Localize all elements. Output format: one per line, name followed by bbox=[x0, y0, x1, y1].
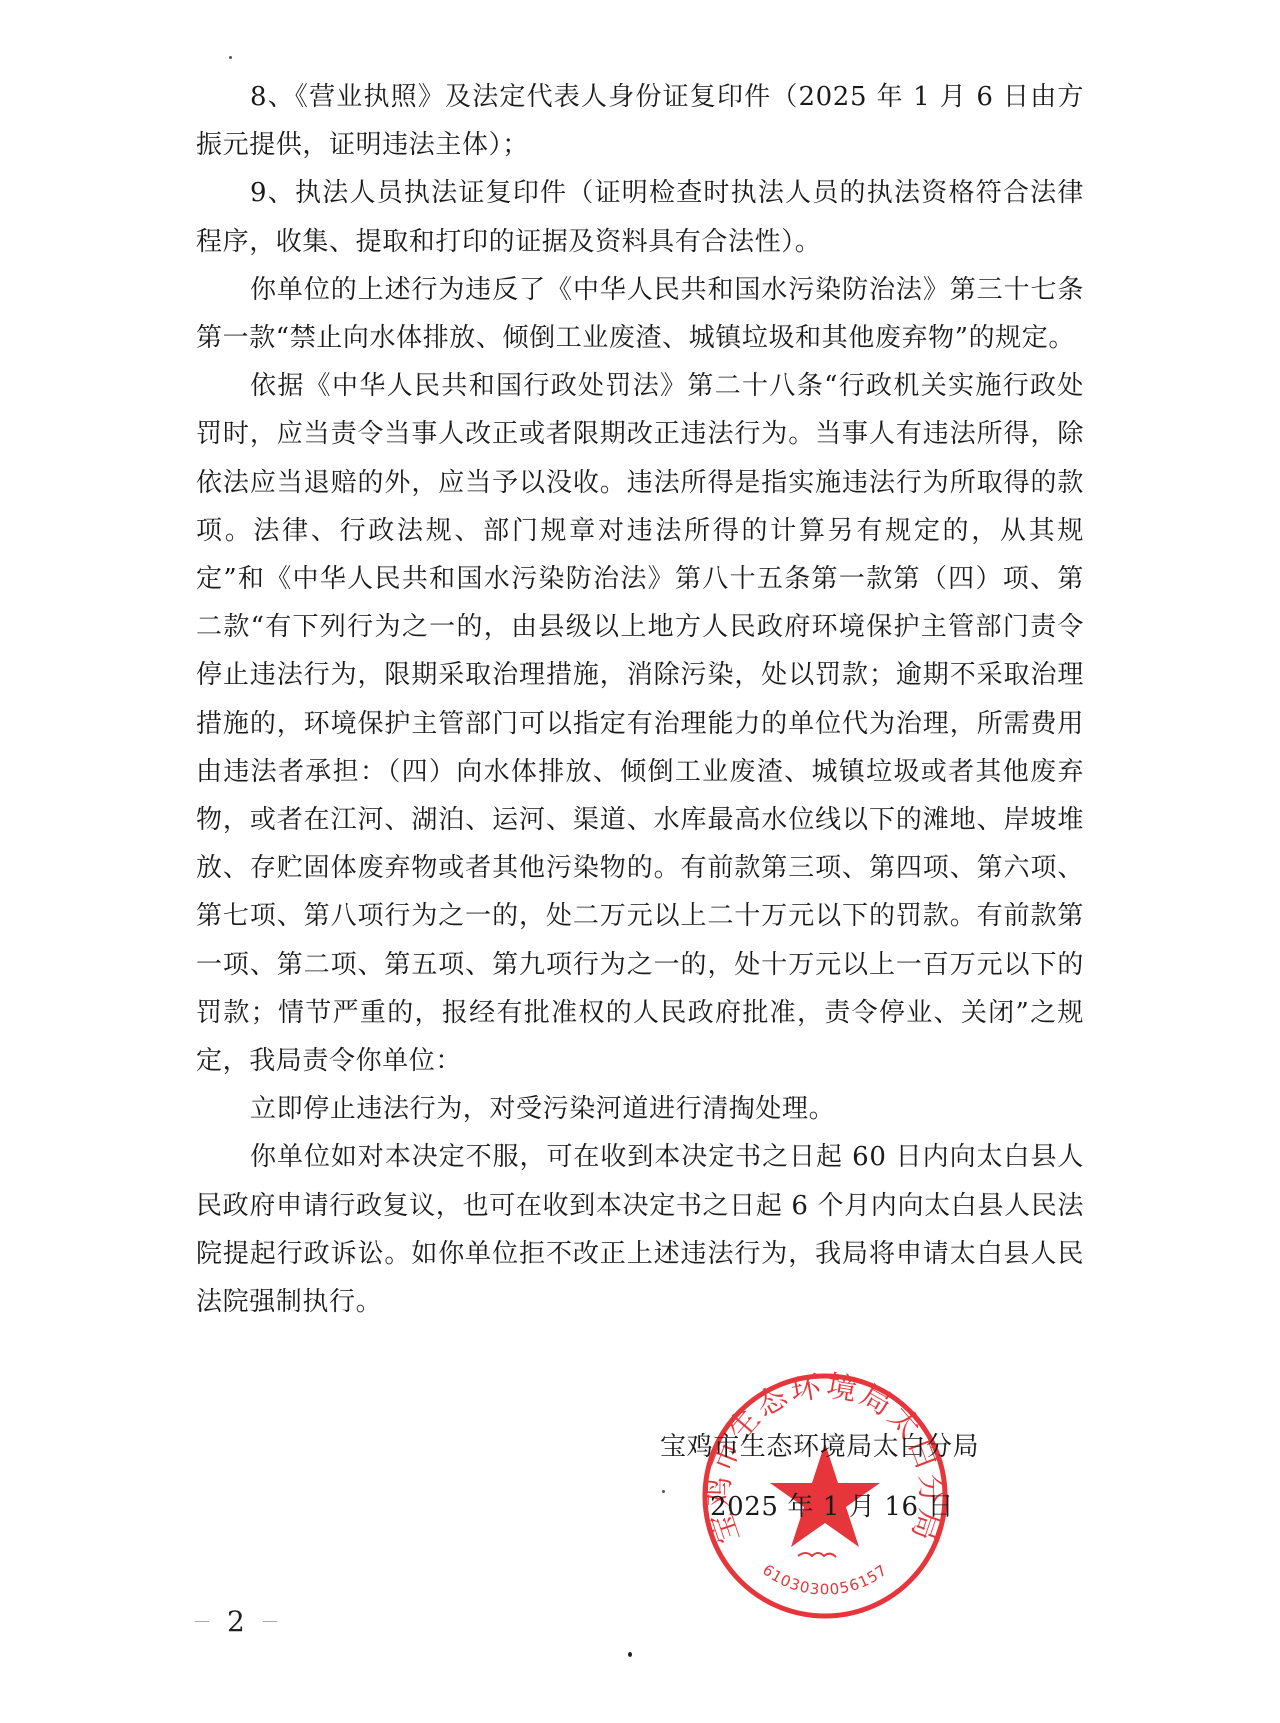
evidence-item-9: 9、执法人员执法证复印件（证明检查时执法人员的执法资格符合法律程序，收集、提取和… bbox=[196, 169, 1084, 265]
document-page: 8、《营业执照》及法定代表人身份证复印件（2025 年 1 月 6 日由方振元提… bbox=[0, 0, 1280, 1723]
scan-speck bbox=[662, 1490, 665, 1493]
page-number-dash-left bbox=[195, 1621, 209, 1622]
page-number-dash-right bbox=[263, 1621, 277, 1622]
seal-code: 6103030056157 bbox=[759, 1561, 891, 1599]
signing-organization: 宝鸡市生态环境局太白分局 bbox=[660, 1426, 979, 1463]
svg-text:6103030056157: 6103030056157 bbox=[759, 1561, 891, 1599]
page-number-value: 2 bbox=[227, 1605, 245, 1638]
appeal-rights-paragraph: 你单位如对本决定不服，可在收到本决定书之日起 60 日内向太白县人民政府申请行政… bbox=[196, 1133, 1084, 1326]
violation-statement: 你单位的上述行为违反了《中华人民共和国水污染防治法》第三十七条第一款“禁止向水体… bbox=[196, 266, 1084, 362]
scan-speck bbox=[229, 56, 232, 59]
scan-speck bbox=[628, 1652, 632, 1657]
order-paragraph: 立即停止违法行为，对受污染河道进行清掏处理。 bbox=[196, 1085, 1084, 1133]
page-number: 2 bbox=[195, 1605, 277, 1638]
legal-basis-paragraph: 依据《中华人民共和国行政处罚法》第二十八条“行政机关实施行政处罚时，应当责令当事… bbox=[196, 362, 1084, 1085]
document-body: 8、《营业执照》及法定代表人身份证复印件（2025 年 1 月 6 日由方振元提… bbox=[196, 73, 1084, 1326]
signing-date: 2025 年 1 月 16 日 bbox=[710, 1486, 954, 1523]
evidence-item-8: 8、《营业执照》及法定代表人身份证复印件（2025 年 1 月 6 日由方振元提… bbox=[196, 73, 1084, 169]
